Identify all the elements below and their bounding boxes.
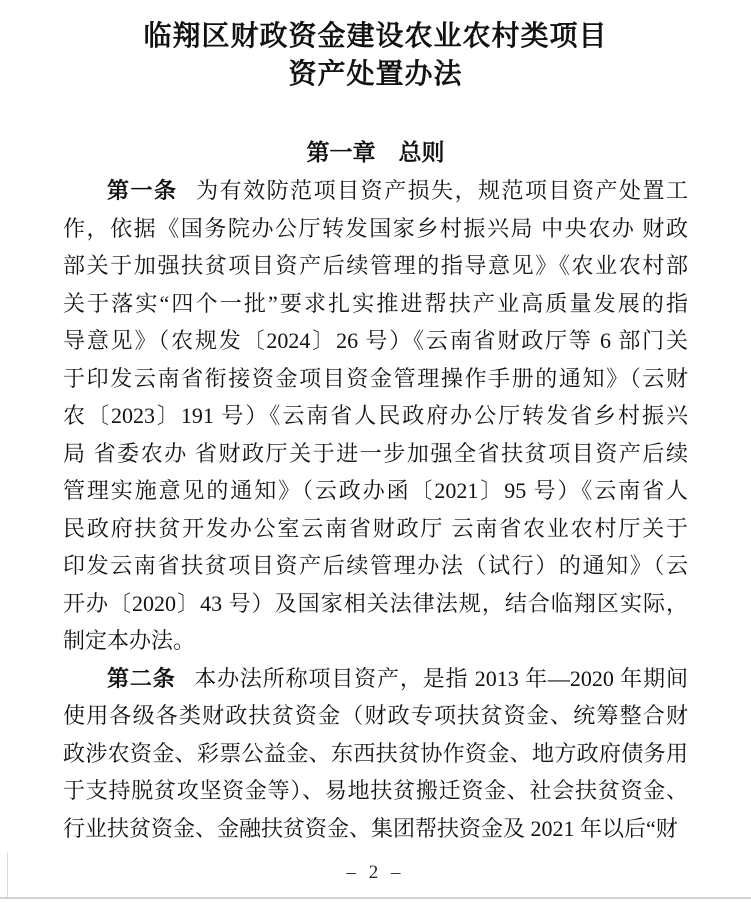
- document-title-line-2: 资产处置办法: [63, 56, 688, 94]
- text-line: 民政府扶贫开发办公室云南省财政厅 云南省农业农村厅关于: [63, 510, 688, 548]
- text-line: 于支持脱贫攻坚资金等）、易地扶贫搬迁资金、社会扶贫资金、: [63, 772, 688, 810]
- text-line: 关于落实“四个一批”要求扎实推进帮扶产业高质量发展的指: [63, 285, 688, 323]
- text-line: 政涉农资金、彩票公益金、东西扶贫协作资金、地方政府债务用: [63, 735, 688, 773]
- page-content: 临翔区财政资金建设农业农村类项目 资产处置办法 第一章 总则 第一条为有效防范项…: [0, 0, 751, 884]
- scan-edge-bottom: [0, 897, 751, 899]
- text-line: 部关于加强扶贫项目资产后续管理的指导意见》《农业农村部: [63, 247, 688, 285]
- text-line: 制定本办法。: [63, 622, 688, 660]
- text-line: 局 省委农办 省财政厅关于进一步加强全省扶贫项目资产后续: [63, 435, 688, 473]
- document-title-line-1: 临翔区财政资金建设农业农村类项目: [63, 18, 688, 56]
- text-line: 使用各级各类财政扶贫资金（财政专项扶贫资金、统筹整合财: [63, 697, 688, 735]
- document-title: 临翔区财政资金建设农业农村类项目 资产处置办法: [63, 18, 688, 94]
- text-line: 第一条为有效防范项目资产损失，规范项目资产处置工: [63, 172, 688, 210]
- text-line: 于印发云南省衔接资金项目资金管理操作手册的通知》（云财: [63, 360, 688, 398]
- text-line: 开办〔2020〕43 号）及国家相关法律法规，结合临翔区实际，: [63, 585, 688, 623]
- article-label: 第二条: [107, 666, 176, 691]
- text-line: 导意见》（农规发〔2024〕26 号）《云南省财政厅等 6 部门关: [63, 322, 688, 360]
- chapter-heading: 第一章 总则: [63, 134, 688, 172]
- article-label: 第一条: [107, 178, 177, 203]
- document-body: 第一条为有效防范项目资产损失，规范项目资产处置工作，依据《国务院办公厅转发国家乡…: [63, 172, 688, 847]
- document-page: 临翔区财政资金建设农业农村类项目 资产处置办法 第一章 总则 第一条为有效防范项…: [0, 0, 751, 902]
- text-line: 印发云南省扶贫项目资产后续管理办法（试行）的通知》（云: [63, 547, 688, 585]
- text-line: 行业扶贫资金、金融扶贫资金、集团帮扶资金及 2021 年以后“财: [63, 810, 688, 848]
- text-line: 第二条本办法所称项目资产，是指 2013 年—2020 年期间: [63, 660, 688, 698]
- page-number: – 2 –: [63, 862, 688, 884]
- scan-edge-left: [7, 852, 8, 898]
- text-line: 管理实施意见的通知》（云政办函〔2021〕95 号）《云南省人: [63, 472, 688, 510]
- text-line: 农〔2023〕191 号）《云南省人民政府办公厅转发省乡村振兴: [63, 397, 688, 435]
- text-line: 作，依据《国务院办公厅转发国家乡村振兴局 中央农办 财政: [63, 210, 688, 248]
